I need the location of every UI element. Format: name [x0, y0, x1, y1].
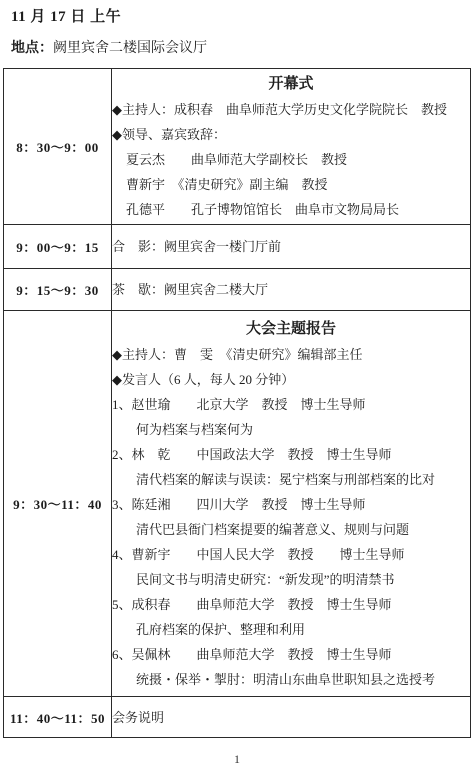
content-line: 6、吴佩林 曲阜师范大学 教授 博士生导师	[112, 642, 470, 667]
location-label: 地点：	[11, 41, 53, 56]
table-row: 9：30～11：40大会主题报告◆主持人：曹 雯 《清史研究》编辑部主任◆发言人…	[4, 311, 471, 697]
content-line: 何为档案与档案何为	[136, 417, 470, 442]
time-cell: 9：15～9：30	[4, 269, 112, 311]
schedule-table: 8：30～9：00开幕式◆主持人：成积春 曲阜师范大学历史文化学院院长 教授◆领…	[3, 68, 471, 738]
content-cell: 茶 歇：阙里宾舍二楼大厅	[112, 269, 471, 311]
content-line: ◆领导、嘉宾致辞：	[112, 122, 470, 147]
content-cell: 开幕式◆主持人：成积春 曲阜师范大学历史文化学院院长 教授◆领导、嘉宾致辞：夏云…	[112, 69, 471, 225]
time-cell: 8：30～9：00	[4, 69, 112, 225]
content-line: 合 影：阙里宾舍一楼门厅前	[112, 234, 470, 259]
date-title: 11 月 17 日 上午	[11, 5, 121, 26]
content-line: ◆主持人：成积春 曲阜师范大学历史文化学院院长 教授	[112, 97, 470, 122]
section-title: 大会主题报告	[112, 316, 470, 342]
content-line: ◆主持人：曹 雯 《清史研究》编辑部主任	[112, 342, 470, 367]
time-cell: 9：30～11：40	[4, 311, 112, 697]
content-line: 5、成积春 曲阜师范大学 教授 博士生导师	[112, 592, 470, 617]
content-line: 3、陈廷湘 四川大学 教授 博士生导师	[112, 492, 470, 517]
content-line: 1、赵世瑜 北京大学 教授 博士生导师	[112, 392, 470, 417]
table-row: 9：00～9：15合 影：阙里宾舍一楼门厅前	[4, 225, 471, 269]
content-line: 孔德平 孔子博物馆馆长 曲阜市文物局局长	[126, 197, 470, 222]
content-line: 4、曹新宇 中国人民大学 教授 博士生导师	[112, 542, 470, 567]
content-line: 清代档案的解读与误读：冕宁档案与刑部档案的比对	[136, 467, 470, 492]
location-value: 阙里宾舍二楼国际会议厅	[53, 41, 207, 56]
table-row: 8：30～9：00开幕式◆主持人：成积春 曲阜师范大学历史文化学院院长 教授◆领…	[4, 69, 471, 225]
content-line: 统摄・保举・掣肘：明清山东曲阜世职知县之选授考	[136, 667, 470, 692]
page-number: 1	[0, 752, 474, 767]
content-cell: 合 影：阙里宾舍一楼门厅前	[112, 225, 471, 269]
content-cell: 大会主题报告◆主持人：曹 雯 《清史研究》编辑部主任◆发言人（6 人，每人 20…	[112, 311, 471, 697]
content-line: 清代巴县衙门档案提要的编著意义、规则与问题	[136, 517, 470, 542]
table-row: 11：40～11：50会务说明	[4, 697, 471, 738]
content-line: 夏云杰 曲阜师范大学副校长 教授	[126, 147, 470, 172]
content-line: 孔府档案的保护、整理和利用	[136, 617, 470, 642]
content-line: 曹新宇 《清史研究》副主编 教授	[126, 172, 470, 197]
time-cell: 11：40～11：50	[4, 697, 112, 738]
schedule-body: 8：30～9：00开幕式◆主持人：成积春 曲阜师范大学历史文化学院院长 教授◆领…	[4, 69, 471, 738]
content-cell: 会务说明	[112, 697, 471, 738]
content-line: 民间文书与明清史研究：“新发现”的明清禁书	[136, 567, 470, 592]
content-line: ◆发言人（6 人，每人 20 分钟）	[112, 367, 470, 392]
table-row: 9：15～9：30茶 歇：阙里宾舍二楼大厅	[4, 269, 471, 311]
section-title: 开幕式	[112, 71, 470, 97]
content-line: 会务说明	[112, 705, 470, 730]
location-line: 地点：阙里宾舍二楼国际会议厅	[11, 37, 207, 57]
time-cell: 9：00～9：15	[4, 225, 112, 269]
content-line: 2、林 乾 中国政法大学 教授 博士生导师	[112, 442, 470, 467]
content-line: 茶 歇：阙里宾舍二楼大厅	[112, 277, 470, 302]
